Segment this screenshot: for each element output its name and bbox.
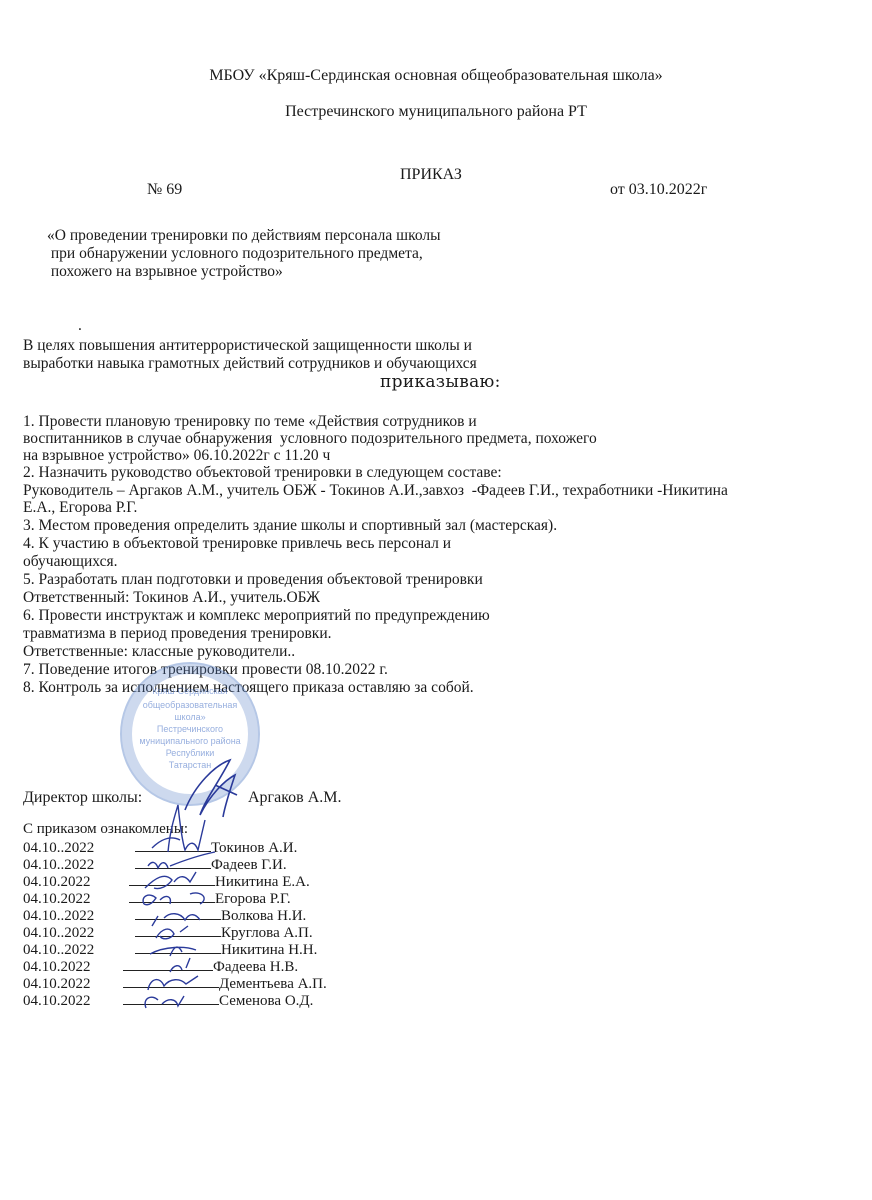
row-name: Дементьева А.П.: [219, 976, 327, 992]
row-name: Егорова Р.Г.: [215, 891, 291, 907]
order-number: № 69: [147, 181, 182, 199]
stamp-text: Татарстан: [122, 760, 258, 771]
director-signature-icon: [175, 755, 255, 825]
signature-line: [123, 974, 219, 988]
signature-line: [135, 906, 221, 920]
body-line: 5. Разработать план подготовки и проведе…: [23, 571, 483, 589]
stamp-text: муниципального района: [122, 736, 258, 747]
subject-line: похожего на взрывное устройство»: [47, 263, 283, 281]
signature-line: [135, 923, 221, 937]
signature-line: [135, 855, 211, 869]
district-name: Пестречинского муниципального района РТ: [0, 103, 872, 121]
row-name: Никитина Е.А.: [215, 874, 310, 890]
signature-line: [123, 991, 219, 1005]
row-name: Волкова Н.И.: [221, 908, 306, 924]
row-name: Семенова О.Д.: [219, 993, 313, 1009]
signature-line: [123, 957, 213, 971]
body-line: обучающихся.: [23, 553, 117, 571]
subject-line: «О проведении тренировки по действиям пе…: [47, 227, 441, 245]
signature-line: [135, 940, 221, 954]
body-line: воспитанников в случае обнаружения услов…: [23, 430, 597, 448]
row-name: Токинов А.И.: [211, 840, 297, 856]
row-date: 04.10.2022: [23, 993, 123, 1010]
body-line: 7. Поведение итогов тренировки провести …: [23, 661, 388, 679]
signature-line: [129, 872, 215, 886]
signature-line: [135, 838, 211, 852]
stamp-text: школа»: [122, 712, 258, 723]
row-name: Круглова А.П.: [221, 925, 313, 941]
body-line: Руководитель – Аргаков А.М., учитель ОБЖ…: [23, 482, 728, 500]
order-date: от 03.10.2022г: [610, 181, 707, 199]
acknowledgement-heading: С приказом ознакомлены:: [23, 820, 188, 838]
stamp-text: Республики: [122, 748, 258, 759]
directive-word: приказываю:: [380, 373, 501, 391]
stamp-text: Пестречинского: [122, 724, 258, 735]
acknowledgement-row: 04.10.2022Семенова О.Д.: [23, 991, 313, 1010]
body-line: 1. Провести плановую тренировку по теме …: [23, 413, 477, 431]
row-name: Фадеева Н.В.: [213, 959, 298, 975]
director-title: Директор школы:: [23, 789, 142, 807]
body-line: Ответственные: классные руководители..: [23, 643, 295, 661]
body-line: травматизма в период проведения трениров…: [23, 625, 332, 643]
organization-name: МБОУ «Кряш-Сердинская основная общеобраз…: [0, 67, 872, 85]
body-line: Е.А., Егорова Р.Г.: [23, 499, 137, 517]
subject-line: при обнаружении условного подозрительног…: [47, 245, 423, 263]
body-line: 3. Местом проведения определить здание ш…: [23, 517, 557, 535]
doc-type-title: ПРИКАЗ: [400, 166, 462, 184]
row-name: Фадеев Г.И.: [211, 857, 287, 873]
preamble-line: выработки навыка грамотных действий сотр…: [23, 355, 477, 373]
body-line: Ответственный: Токинов А.И., учитель.ОБЖ: [23, 589, 320, 607]
signature-line: [129, 889, 215, 903]
director-name: Аргаков А.М.: [248, 789, 342, 807]
body-line: 6. Провести инструктаж и комплекс меропр…: [23, 607, 490, 625]
body-line: 2. Назначить руководство объектовой трен…: [23, 464, 502, 482]
body-line: 4. К участию в объектовой тренировке при…: [23, 535, 451, 553]
row-name: Никитина Н.Н.: [221, 942, 317, 958]
stray-dot: .: [78, 317, 82, 335]
preamble-line: В целях повышения антитеррористической з…: [23, 337, 472, 355]
body-line: на взрывное устройство» 06.10.2022г с 11…: [23, 447, 330, 465]
body-line: 8. Контроль за исполнением настоящего пр…: [23, 679, 474, 697]
stamp-text: общеобразовательная: [122, 700, 258, 711]
